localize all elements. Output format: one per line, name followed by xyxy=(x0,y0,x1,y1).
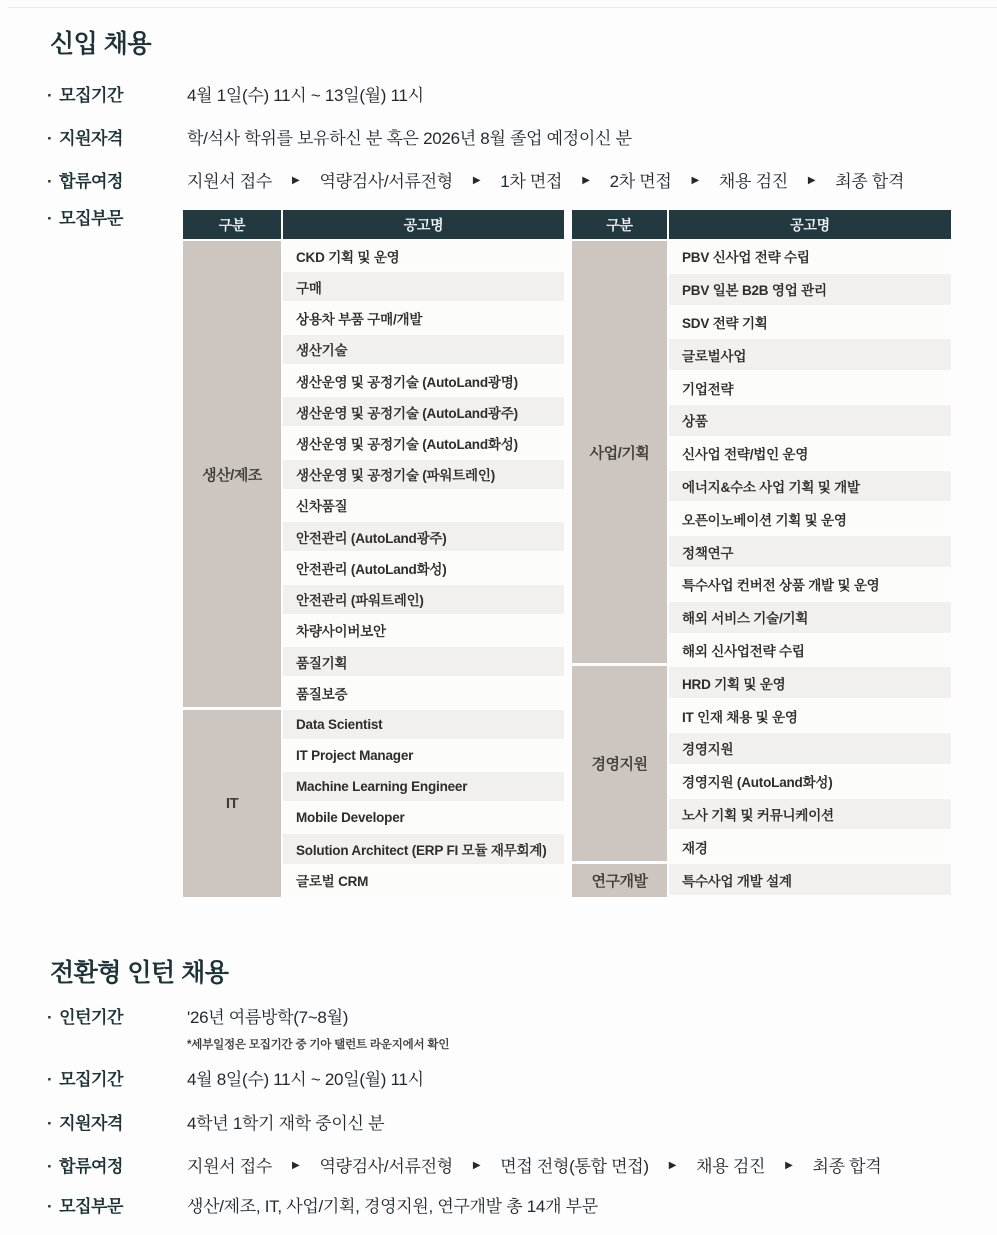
intern-recruit-period-row: · 모집기간 4월 8일(수) 11시 ~ 20일(월) 11시 xyxy=(47,1070,979,1090)
postings-column: PBV 신사업 전략 수립PBV 일본 B2B 영업 관리SDV 전략 기획글로… xyxy=(669,241,951,897)
divisions-tables: 구분공고명생산/제조ITCKD 기획 및 운영구매상용차 부품 구매/개발생산기… xyxy=(183,210,951,897)
job-posting-title: 해외 신사업전략 수립 xyxy=(682,640,805,660)
job-posting-title: 안전관리 (AutoLand광주) xyxy=(296,527,447,547)
journey-steps: 지원서 접수▶역량검사/서류전형▶면접 전형(통합 면접)▶채용 검진▶최종 합… xyxy=(187,1157,979,1177)
job-posting-title: 신사업 전략/법인 운영 xyxy=(682,443,808,463)
eligibility-label: · 지원자격 xyxy=(47,1114,187,1134)
arrow-right-icon: ▶ xyxy=(473,1156,480,1176)
table-header: 구분공고명 xyxy=(572,210,951,239)
arrow-right-icon: ▶ xyxy=(582,171,589,191)
arrow-right-icon: ▶ xyxy=(292,1156,299,1176)
journey-step: 채용 검진 xyxy=(719,172,788,192)
job-posting-title: 생산기술 xyxy=(296,339,347,359)
table-body: 사업/기획경영지원연구개발PBV 신사업 전략 수립PBV 일본 B2B 영업 … xyxy=(572,241,951,897)
job-posting-row: 경영지원 (AutoLand화성) xyxy=(669,766,951,799)
period-value: 4월 1일(수) 11시 ~ 13일(월) 11시 xyxy=(187,86,979,106)
job-posting-title: 상용차 부품 구매/개발 xyxy=(296,308,422,328)
job-posting-title: 생산운영 및 공정기술 (AutoLand화성) xyxy=(296,433,518,453)
arrow-right-icon: ▶ xyxy=(669,1156,676,1176)
job-posting-row: CKD 기획 및 운영 xyxy=(283,241,564,272)
job-posting-row: 특수사업 컨버전 상품 개발 및 운영 xyxy=(669,569,951,602)
job-posting-title: 글로벌사업 xyxy=(682,345,746,365)
job-posting-row: 생산운영 및 공정기술 (파워트레인) xyxy=(283,460,564,491)
job-posting-title: HRD 기획 및 운영 xyxy=(682,673,786,693)
job-posting-title: CKD 기획 및 운영 xyxy=(296,246,400,266)
column-header-category: 구분 xyxy=(183,210,281,239)
bullet-icon: · xyxy=(47,1070,52,1090)
job-posting-row: 글로벌 CRM xyxy=(283,866,564,897)
eligibility-label-text: 지원자격 xyxy=(59,1114,123,1134)
job-posting-row: 경영지원 xyxy=(669,733,951,766)
journey-steps: 지원서 접수▶역량검사/서류전형▶1차 면접▶2차 면접▶채용 검진▶최종 합격 xyxy=(187,172,979,192)
column-header-category: 구분 xyxy=(572,210,667,239)
divisions-value: 생산/제조, IT, 사업/기획, 경영지원, 연구개발 총 14개 부문 xyxy=(187,1197,979,1217)
bullet-icon: · xyxy=(47,1114,52,1134)
job-posting-title: Solution Architect (ERP FI 모듈 재무회계) xyxy=(296,839,547,859)
new-hire-section-title: 신입 채용 xyxy=(50,24,151,60)
journey-label-text: 합류여정 xyxy=(59,1157,123,1177)
job-posting-title: 노사 기획 및 커뮤니케이션 xyxy=(682,804,834,824)
period-value: 4월 8일(수) 11시 ~ 20일(월) 11시 xyxy=(187,1070,979,1090)
job-posting-row: 생산기술 xyxy=(283,335,564,366)
job-posting-row: 구매 xyxy=(283,272,564,303)
job-posting-title: 구매 xyxy=(296,277,322,297)
table-body: 생산/제조ITCKD 기획 및 운영구매상용차 부품 구매/개발생산기술생산운영… xyxy=(183,241,564,897)
job-posting-title: 정책연구 xyxy=(682,542,733,562)
divisions-label: · 모집부문 xyxy=(47,1197,187,1217)
recruitment-notice-page: 신입 채용 · 모집기간 4월 1일(수) 11시 ~ 13일(월) 11시 ·… xyxy=(0,0,997,1235)
period-label: · 모집기간 xyxy=(47,1070,187,1090)
intern-divisions-row: · 모집부문 생산/제조, IT, 사업/기획, 경영지원, 연구개발 총 14… xyxy=(47,1197,979,1217)
arrow-right-icon: ▶ xyxy=(292,171,299,191)
job-posting-row: IT Project Manager xyxy=(283,741,564,772)
category-cell: 연구개발 xyxy=(572,864,667,897)
job-posting-row: 정책연구 xyxy=(669,536,951,569)
job-posting-title: 재경 xyxy=(682,837,708,857)
job-posting-row: 차량사이버보안 xyxy=(283,616,564,647)
job-posting-row: 품질보증 xyxy=(283,678,564,709)
job-posting-row: 해외 신사업전략 수립 xyxy=(669,635,951,668)
job-posting-title: Data Scientist xyxy=(296,717,382,732)
job-posting-title: 차량사이버보안 xyxy=(296,620,386,640)
column-header-title: 공고명 xyxy=(283,210,564,239)
category-column: 생산/제조IT xyxy=(183,241,281,897)
new-hire-eligibility-row: · 지원자격 학/석사 학위를 보유하신 분 혹은 2026년 8월 졸업 예정… xyxy=(47,129,979,149)
intern-journey-row: · 합류여정 지원서 접수▶역량검사/서류전형▶면접 전형(통합 면접)▶채용 … xyxy=(47,1157,979,1177)
eligibility-value: 4학년 1학기 재학 중이신 분 xyxy=(187,1114,979,1134)
category-column: 사업/기획경영지원연구개발 xyxy=(572,241,667,897)
category-cell: IT xyxy=(183,710,281,897)
intern-period-note: *세부일정은 모집기간 중 기아 탤런트 라운지에서 확인 xyxy=(187,1035,979,1055)
intern-period-label-text: 인턴기간 xyxy=(59,1008,123,1028)
job-posting-row: PBV 일본 B2B 영업 관리 xyxy=(669,274,951,307)
top-divider xyxy=(8,7,997,8)
job-posting-row: 생산운영 및 공정기술 (AutoLand화성) xyxy=(283,428,564,459)
arrow-right-icon: ▶ xyxy=(473,171,480,191)
journey-label: · 합류여정 xyxy=(47,172,187,192)
postings-column: CKD 기획 및 운영구매상용차 부품 구매/개발생산기술생산운영 및 공정기술… xyxy=(283,241,564,897)
job-posting-row: 해외 서비스 기술/기획 xyxy=(669,602,951,635)
job-posting-title: 에너지&수소 사업 기획 및 개발 xyxy=(682,476,860,496)
job-posting-row: IT 인재 채용 및 운영 xyxy=(669,700,951,733)
job-posting-row: 생산운영 및 공정기술 (AutoLand광주) xyxy=(283,397,564,428)
bullet-icon: · xyxy=(47,1157,52,1177)
journey-step: 역량검사/서류전형 xyxy=(319,172,452,192)
journey-step: 지원서 접수 xyxy=(187,1157,272,1177)
job-posting-row: 기업전략 xyxy=(669,372,951,405)
journey-step: 최종 합격 xyxy=(812,1157,881,1177)
bullet-icon: · xyxy=(47,1008,52,1028)
job-posting-row: 품질기획 xyxy=(283,647,564,678)
journey-step: 지원서 접수 xyxy=(187,172,272,192)
intern-section-title: 전환형 인턴 채용 xyxy=(50,953,228,989)
job-posting-title: 경영지원 xyxy=(682,738,733,758)
arrow-right-icon: ▶ xyxy=(785,1156,792,1176)
job-posting-row: PBV 신사업 전략 수립 xyxy=(669,241,951,274)
job-posting-title: Mobile Developer xyxy=(296,810,405,825)
job-posting-row: Mobile Developer xyxy=(283,803,564,834)
journey-step: 2차 면접 xyxy=(610,172,672,192)
job-posting-row: 재경 xyxy=(669,831,951,864)
bullet-icon: · xyxy=(47,209,52,229)
job-posting-row: SDV 전략 기획 xyxy=(669,307,951,340)
period-label-text: 모집기간 xyxy=(59,86,123,106)
job-posting-title: IT Project Manager xyxy=(296,748,413,763)
job-posting-title: 품질보증 xyxy=(296,683,347,703)
journey-step: 면접 전형(통합 면접) xyxy=(500,1157,649,1177)
journey-label: · 합류여정 xyxy=(47,1157,187,1177)
bullet-icon: · xyxy=(47,172,52,192)
job-posting-title: 생산운영 및 공정기술 (AutoLand광주) xyxy=(296,402,518,422)
divisions-table-0: 구분공고명생산/제조ITCKD 기획 및 운영구매상용차 부품 구매/개발생산기… xyxy=(183,210,564,897)
journey-step: 1차 면접 xyxy=(500,172,562,192)
job-posting-title: SDV 전략 기획 xyxy=(682,312,768,332)
table-header: 구분공고명 xyxy=(183,210,564,239)
divisions-table-1: 구분공고명사업/기획경영지원연구개발PBV 신사업 전략 수립PBV 일본 B2… xyxy=(572,210,951,897)
job-posting-title: 생산운영 및 공정기술 (AutoLand광명) xyxy=(296,371,518,391)
arrow-right-icon: ▶ xyxy=(808,171,815,191)
job-posting-title: 생산운영 및 공정기술 (파워트레인) xyxy=(296,464,495,484)
divisions-label-text: 모집부문 xyxy=(59,209,123,229)
divisions-label-text: 모집부문 xyxy=(59,1197,123,1217)
job-posting-row: 신차품질 xyxy=(283,491,564,522)
job-posting-row: 상품 xyxy=(669,405,951,438)
job-posting-title: 상품 xyxy=(682,410,708,430)
divisions-label: · 모집부문 xyxy=(47,209,187,229)
intern-eligibility-row: · 지원자격 4학년 1학기 재학 중이신 분 xyxy=(47,1114,979,1134)
job-posting-title: PBV 일본 B2B 영업 관리 xyxy=(682,279,827,299)
job-posting-row: Machine Learning Engineer xyxy=(283,772,564,803)
category-cell: 사업/기획 xyxy=(572,241,667,663)
job-posting-row: 오픈이노베이션 기획 및 운영 xyxy=(669,503,951,536)
job-posting-row: Solution Architect (ERP FI 모듈 재무회계) xyxy=(283,834,564,865)
new-hire-period-row: · 모집기간 4월 1일(수) 11시 ~ 13일(월) 11시 xyxy=(47,86,979,106)
intern-period-text: '26년 여름방학(7~8월) xyxy=(187,1008,979,1028)
job-posting-row: HRD 기획 및 운영 xyxy=(669,667,951,700)
job-posting-row: 신사업 전략/법인 운영 xyxy=(669,438,951,471)
job-posting-title: 해외 서비스 기술/기획 xyxy=(682,607,808,627)
category-cell: 생산/제조 xyxy=(183,241,281,707)
eligibility-label-text: 지원자격 xyxy=(59,129,123,149)
job-posting-title: 특수사업 개발 설계 xyxy=(682,870,792,890)
job-posting-title: Machine Learning Engineer xyxy=(296,779,467,794)
eligibility-label: · 지원자격 xyxy=(47,129,187,149)
journey-step: 역량검사/서류전형 xyxy=(319,1157,452,1177)
job-posting-title: 경영지원 (AutoLand화성) xyxy=(682,771,833,791)
job-posting-title: 품질기획 xyxy=(296,652,347,672)
job-posting-row: 글로벌사업 xyxy=(669,339,951,372)
category-cell: 경영지원 xyxy=(572,666,667,861)
job-posting-title: 오픈이노베이션 기획 및 운영 xyxy=(682,509,847,529)
journey-label-text: 합류여정 xyxy=(59,172,123,192)
job-posting-row: Data Scientist xyxy=(283,710,564,741)
new-hire-journey-row: · 합류여정 지원서 접수▶역량검사/서류전형▶1차 면접▶2차 면접▶채용 검… xyxy=(47,172,979,192)
intern-period-value: '26년 여름방학(7~8월) *세부일정은 모집기간 중 기아 탤런트 라운지… xyxy=(187,1008,979,1055)
job-posting-title: 기업전략 xyxy=(682,378,733,398)
bullet-icon: · xyxy=(47,86,52,106)
job-posting-title: IT 인재 채용 및 운영 xyxy=(682,706,798,726)
job-posting-title: 특수사업 컨버전 상품 개발 및 운영 xyxy=(682,574,880,594)
job-posting-title: PBV 신사업 전략 수립 xyxy=(682,246,810,266)
job-posting-row: 안전관리 (파워트레인) xyxy=(283,585,564,616)
eligibility-value: 학/석사 학위를 보유하신 분 혹은 2026년 8월 졸업 예정이신 분 xyxy=(187,129,979,149)
job-posting-row: 생산운영 및 공정기술 (AutoLand광명) xyxy=(283,366,564,397)
job-posting-title: 신차품질 xyxy=(296,495,347,515)
column-header-title: 공고명 xyxy=(669,210,951,239)
journey-step: 채용 검진 xyxy=(696,1157,765,1177)
job-posting-title: 글로벌 CRM xyxy=(296,870,368,890)
job-posting-title: 안전관리 (파워트레인) xyxy=(296,589,424,609)
job-posting-row: 안전관리 (AutoLand광주) xyxy=(283,522,564,553)
arrow-right-icon: ▶ xyxy=(692,171,699,191)
period-label: · 모집기간 xyxy=(47,86,187,106)
bullet-icon: · xyxy=(47,1197,52,1217)
job-posting-row: 안전관리 (AutoLand화성) xyxy=(283,553,564,584)
job-posting-row: 에너지&수소 사업 기획 및 개발 xyxy=(669,471,951,504)
journey-step: 최종 합격 xyxy=(835,172,904,192)
job-posting-row: 노사 기획 및 커뮤니케이션 xyxy=(669,799,951,832)
intern-period-label: · 인턴기간 xyxy=(47,1008,187,1028)
bullet-icon: · xyxy=(47,129,52,149)
intern-period-row: · 인턴기간 '26년 여름방학(7~8월) *세부일정은 모집기간 중 기아 … xyxy=(47,1008,979,1055)
job-posting-row: 특수사업 개발 설계 xyxy=(669,864,951,897)
period-label-text: 모집기간 xyxy=(59,1070,123,1090)
job-posting-row: 상용차 부품 구매/개발 xyxy=(283,303,564,334)
job-posting-title: 안전관리 (AutoLand화성) xyxy=(296,558,447,578)
